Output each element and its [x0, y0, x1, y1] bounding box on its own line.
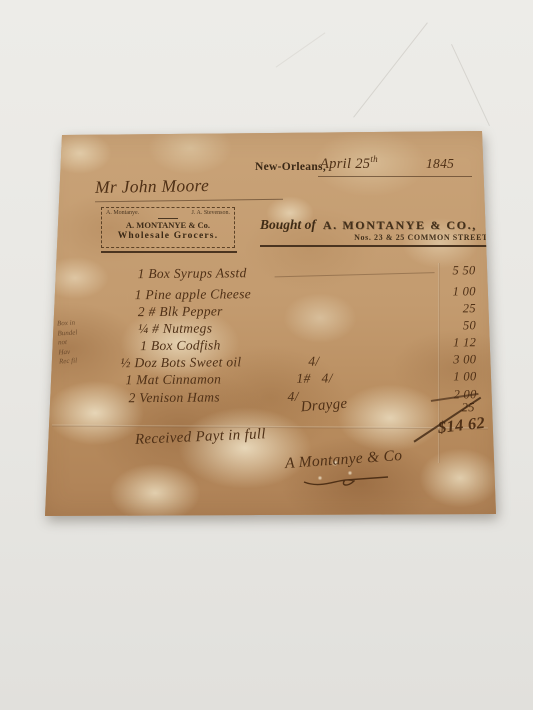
dateline-year: 1845	[426, 156, 454, 172]
dateline-underline	[318, 176, 472, 177]
receipt-item-row: 1 Mat Cinnamon 1# 4/ 1 00	[40, 369, 500, 391]
fold-crease-vertical	[438, 263, 440, 463]
item-amount: 5 50	[425, 263, 475, 278]
margin-note-line: not	[58, 336, 114, 349]
letterhead-partners: A. Montanye. J. A. Stevenson.	[106, 210, 230, 216]
leader-line	[275, 272, 435, 277]
item-description: 1 Mat Cinnamon	[125, 371, 221, 388]
bought-of-firm: A. MONTANYE & CO.,	[323, 218, 477, 232]
dateline-ordinal: th	[370, 154, 378, 164]
receipt-paper: New-Orleans, April 25th 1845 Mr John Moo…	[40, 128, 500, 520]
addressee-underline	[95, 199, 283, 203]
header-rule	[260, 245, 492, 247]
paper-surface: New-Orleans, April 25th 1845 Mr John Moo…	[40, 128, 500, 520]
item-unit: 4/	[288, 389, 299, 405]
partner-name-left: A. Montanye.	[106, 210, 139, 216]
item-description: 1 Box Syrups Asstd	[137, 265, 246, 282]
total-amount: $14 62	[437, 413, 486, 438]
bought-of-line: Bought ofA. MONTANYE & CO.,	[260, 216, 492, 234]
dateline-date: April 25th	[320, 154, 378, 173]
receipt-item-row: ½ Doz Bots Sweet oil 4/ 3 00	[40, 352, 500, 374]
receipt-item-row: ¼ # Nutmegs 50	[40, 318, 500, 340]
total-slash	[413, 397, 481, 443]
letterhead-firm: A. MONTANYE & Co.	[106, 220, 230, 230]
margin-note-line: Box in	[57, 317, 113, 330]
margin-note-line: Bundel	[57, 326, 113, 339]
dateline-date-text: April 25	[320, 156, 370, 172]
item-description: ¼ # Nutmegs	[138, 321, 212, 338]
margin-note-line: Rec fil	[59, 355, 115, 368]
addressee-name: Mr John Moore	[95, 175, 209, 198]
receipt-line: Received Payt in full	[135, 426, 266, 449]
item-amount: 2 00	[427, 387, 477, 402]
letterhead-divider	[158, 218, 178, 219]
margin-note-line: Hav	[58, 345, 114, 358]
street-address: Nos. 23 & 25 COMMON STREET.	[260, 233, 490, 242]
receipt-item-row: 2 Venison Hams 4/ 2 00	[41, 387, 501, 409]
item-description: 2 # Blk Pepper	[138, 303, 223, 320]
item-unit: 4/	[308, 354, 319, 370]
receipt-item-row: 1 Box Syrups Asstd 5 50	[39, 263, 499, 285]
item-description: 1 Box Codfish	[140, 337, 221, 354]
receipt-item-row: 1 Box Codfish 1 12	[40, 335, 500, 357]
item-amount: 25	[426, 301, 476, 316]
item-unit: 1# 4/	[296, 370, 332, 386]
signature: A Montanye & Co	[285, 447, 403, 473]
fold-crease-horizontal	[52, 424, 488, 429]
background-scratch	[353, 22, 428, 117]
item-amount: 3 00	[426, 352, 476, 367]
item-description: 2 Venison Hams	[129, 389, 220, 406]
item-amount: 50	[426, 318, 476, 333]
signature-flourish-icon	[302, 475, 390, 491]
sum-underline	[431, 393, 479, 402]
item-description: ½ Doz Bots Sweet oil	[120, 354, 241, 371]
bought-of-label: Bought of	[260, 217, 316, 232]
photo-background: New-Orleans, April 25th 1845 Mr John Moo…	[0, 0, 533, 710]
receipt-item-row: 1 Pine apple Cheese 1 00	[40, 284, 500, 306]
dateline-place: New-Orleans,	[255, 161, 326, 173]
item-amount: 1 12	[426, 335, 476, 350]
margin-notes: Box in Bundel not Hav Rec fil	[57, 317, 115, 368]
items-section: 1 Box Syrups Asstd 5 50 1 Pine apple Che…	[38, 126, 501, 522]
letterhead-box: A. Montanye. J. A. Stevenson. A. MONTANY…	[101, 207, 235, 248]
item-description: 1 Pine apple Cheese	[135, 286, 251, 303]
background-scratch	[276, 32, 326, 67]
drayage-label: Drayge	[300, 396, 348, 417]
background-scratch	[451, 44, 490, 126]
drayage-amount: 25	[462, 400, 475, 415]
letterhead-trade: Wholesale Grocers.	[106, 231, 230, 241]
partner-name-right: J. A. Stevenson.	[191, 210, 230, 216]
letterhead-rule	[101, 251, 237, 253]
item-amount: 1 00	[426, 369, 476, 384]
item-amount: 1 00	[426, 284, 476, 299]
receipt-item-row: 2 # Blk Pepper 25	[40, 301, 500, 323]
